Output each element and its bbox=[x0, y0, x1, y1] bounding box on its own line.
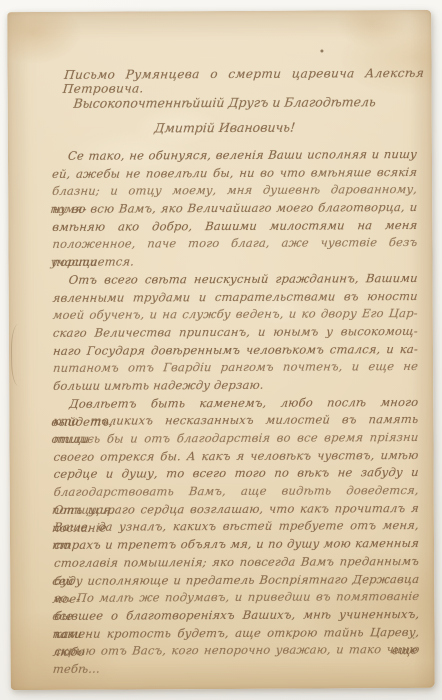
manuscript-line: Отъ всего свѣта неискусный гражданинъ, В… bbox=[52, 270, 419, 290]
letter-body: Се тако, не обинуяся, веленія Ваши испол… bbox=[52, 146, 420, 661]
paragraph-1: Се тако, не обинуяся, веленія Ваши испол… bbox=[52, 146, 418, 272]
manuscript-line: наго Государя довѣреннымъ человѣкомъ ста… bbox=[52, 341, 419, 361]
manuscript-line: питаномъ отъ Гвардіи рангомъ почтенъ, и … bbox=[52, 358, 419, 378]
salutation-line-2: Дмитрій Ивановичь! bbox=[67, 119, 382, 136]
manuscript-line: порицается. bbox=[52, 252, 419, 272]
manuscript-line: положенное, паче того блага, аже чувстві… bbox=[52, 234, 419, 254]
ink-speck bbox=[320, 49, 323, 52]
manuscript-photo: Письмо Румянцева о смерти царевича Алекс… bbox=[0, 0, 442, 700]
manuscript-line: бывшее о благотвореніяхъ Вашихъ, мнѣ учи… bbox=[54, 606, 421, 626]
ink-speck bbox=[413, 637, 415, 639]
manuscript-line: стоглавія помышленія; яко повсегда Вамъ … bbox=[53, 553, 420, 573]
manuscript-line: страхъ и трепетъ объялъ мя, и по душу мо… bbox=[53, 535, 420, 555]
letter-heading: Письмо Румянцева о смерти царевича Алекс… bbox=[62, 66, 425, 96]
manuscript-line: тились бы и отъ благодарствія во все вре… bbox=[53, 429, 420, 449]
manuscript-paper: Письмо Румянцева о смерти царевича Алекс… bbox=[7, 10, 435, 690]
manuscript-line: явленными трудами и старательствами въ ю… bbox=[52, 287, 419, 307]
manuscript-line: моей обученъ, и на службу веденъ, и ко д… bbox=[52, 305, 419, 325]
manuscript-line: камени кротость будетъ, аще открою тайнь… bbox=[54, 624, 421, 644]
manuscript-line: сердце и душу, то всего того по вѣкъ не … bbox=[53, 464, 420, 484]
paragraph-3: Довлѣетъ быть каменемъ, любо послѣ много… bbox=[53, 394, 419, 661]
paragraph-2: Отъ всего свѣта неискусный гражданинъ, В… bbox=[53, 270, 419, 396]
manuscript-line: Се тако, не обинуяся, веленія Ваши испол… bbox=[51, 146, 418, 166]
manuscript-line: благодарствовать Вамъ, аще видѣть доведе… bbox=[53, 482, 420, 502]
manuscript-line: буду исполняюще и предатель Воспріятнаго… bbox=[53, 570, 420, 590]
salutation-line-1: Высокопочтеннѣйшій Другъ и Благодѣтель bbox=[67, 94, 382, 111]
manuscript-line: го. По малѣ же подумавъ, и приведши въ п… bbox=[53, 588, 420, 608]
manuscript-line: Ваше, да узналъ, какихъ вѣстей требуете … bbox=[53, 517, 420, 537]
manuscript-line: кто толикихъ несказанныхъ милостей въ па… bbox=[52, 411, 419, 431]
manuscript-line: больши имѣть надежду дерзаю. bbox=[52, 376, 419, 396]
manuscript-line: блазни; и отцу моему, мня душевнѣ дарова… bbox=[51, 181, 418, 201]
manuscript-line: скаго Величества приписанъ, и юнымъ у вы… bbox=[52, 323, 419, 343]
paper-crease-mark bbox=[11, 324, 26, 386]
manuscript-line: скрыю отъ Васъ, кого непорочно уважаю, и… bbox=[54, 641, 421, 661]
manuscript-line: ну во всю Вамъ, яко Величайшаго моего бл… bbox=[51, 199, 418, 219]
